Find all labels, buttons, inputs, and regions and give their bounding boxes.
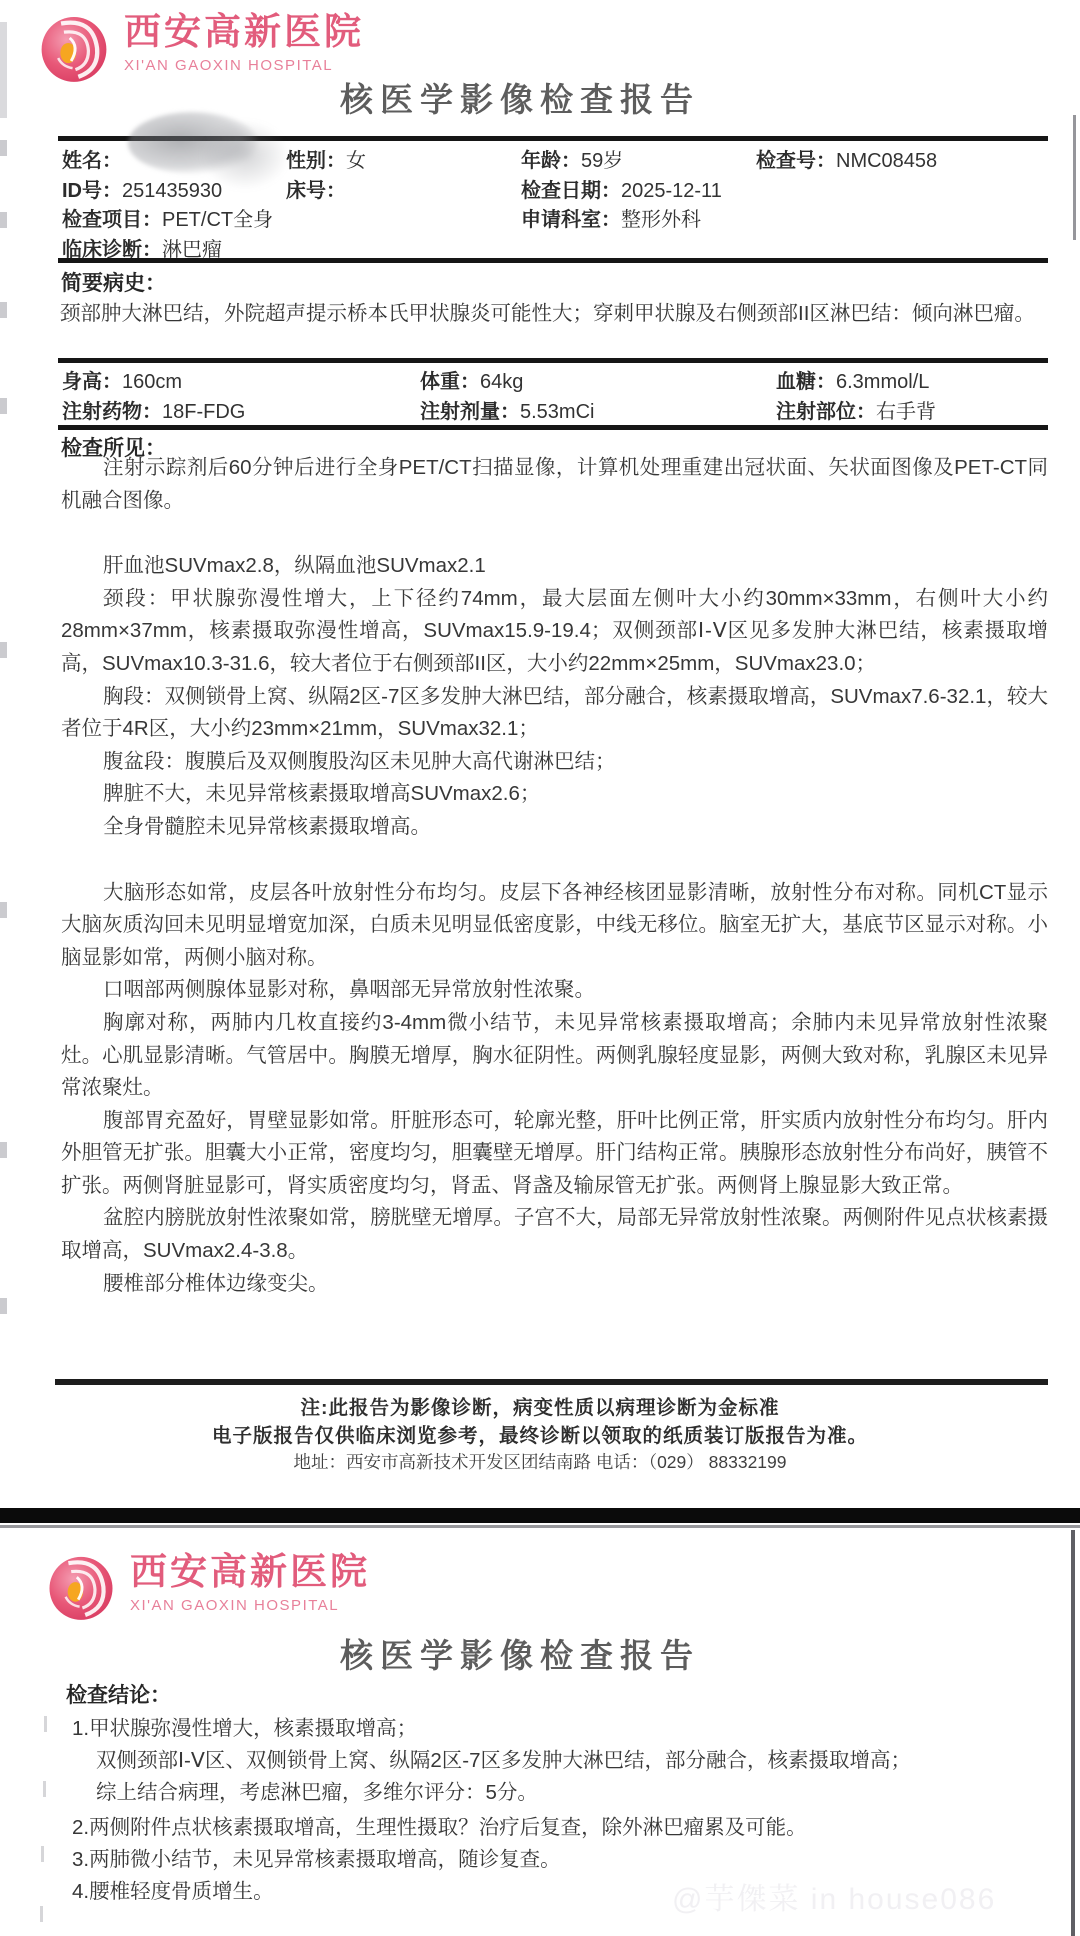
findings-paragraph: 口咽部两侧腺体显影对称，鼻咽部无异常放射性浓聚。 <box>61 974 1048 1007</box>
field-glucose-value: 6.3mmol/L <box>836 371 929 393</box>
hospital-name-zh: 西安高新医院 <box>130 1552 370 1593</box>
scan-tick <box>0 398 7 414</box>
scan-tick <box>41 1846 44 1862</box>
scan-tick <box>43 1781 46 1797</box>
hospital-logo-page2: 西安高新医院 XI'AN GAOXIN HOSPITAL <box>46 1552 370 1627</box>
findings-paragraph: 胸廓对称，两肺内几枚直接约3-4mm微小结节，未见异常核素摄取增高；余肺内未见异… <box>61 1007 1048 1105</box>
footer-note-1: 注:此报告为影像诊断，病变性质以病理诊断为金标准 <box>0 1392 1080 1420</box>
findings-paragraph: 腹盆段：腹膜后及双侧腹股沟区未见肿大高代谢淋巴结； <box>61 746 1048 779</box>
conclusion-line: 1.甲状腺弥漫性增大，核素摄取增高； <box>72 1711 1032 1741</box>
field-age-label: 年龄： <box>521 150 581 172</box>
field-id-label: ID号： <box>62 180 122 202</box>
field-dept-value: 整形外科 <box>621 209 701 231</box>
field-id-value: 251435930 <box>122 180 222 202</box>
findings-paragraph: 大脑形态如常，皮层各叶放射性分布均匀。皮层下各神经核团显影清晰，放射性分布对称。… <box>61 877 1048 975</box>
scan-right-line <box>1073 115 1076 240</box>
scan-tick <box>0 902 7 918</box>
field-drug-label: 注射药物： <box>62 401 162 423</box>
scan-tick <box>0 642 7 658</box>
hospital-name-block: 西安高新医院 XI'AN GAOXIN HOSPITAL <box>130 1552 370 1614</box>
conclusion-line: 双侧颈部Ⅰ-Ⅴ区、双侧锁骨上窝、纵隔2区-7区多发肿大淋巴结，部分融合，核素摄取… <box>96 1743 1056 1773</box>
hospital-name-block: 西安高新医院 XI'AN GAOXIN HOSPITAL <box>124 12 364 74</box>
field-dept-label: 申请科室： <box>521 209 621 231</box>
field-exam-item-value: PET/CT全身 <box>162 209 273 231</box>
field-dept: 申请科室：整形外科 <box>521 203 701 232</box>
field-height: 身高：160cm <box>62 365 182 394</box>
field-site-label: 注射部位： <box>776 401 876 423</box>
field-glucose: 血糖：6.3mmol/L <box>776 365 929 394</box>
field-exam-date: 检查日期：2025-12-11 <box>521 174 722 203</box>
field-exam-no-label: 检查号： <box>756 150 836 172</box>
scan-tick <box>44 1716 47 1732</box>
field-dose-value: 5.53mCi <box>520 401 594 423</box>
page-separator-band <box>0 1508 1080 1523</box>
hospital-logo-icon <box>46 1552 116 1627</box>
field-dose: 注射剂量：5.53mCi <box>420 395 594 424</box>
findings-paragraph: 颈段：甲状腺弥漫性增大，上下径约74mm，最大层面左侧叶大小约30mm×33mm… <box>61 583 1048 681</box>
findings-paragraph: 注射示踪剂后60分钟后进行全身PET/CT扫描显像，计算机处理重建出冠状面、矢状… <box>61 452 1048 517</box>
field-exam-item: 检查项目：PET/CT全身 <box>62 203 273 232</box>
history-heading: 简要病史： <box>61 267 166 297</box>
history-text: 颈部肿大淋巴结，外院超声提示桥本氏甲状腺炎可能性大；穿刺甲状腺及右侧颈部II区淋… <box>60 297 1048 330</box>
field-sex: 性别：女 <box>286 144 366 173</box>
social-watermark: @芋傑菜 in house086 <box>672 1874 1080 1918</box>
findings-paragraph: 腹部胃充盈好，胃壁显影如常。肝脏形态可，轮廓光整，肝叶比例正常，肝实质内放射性分… <box>61 1105 1048 1203</box>
field-age: 年龄：59岁 <box>521 144 623 173</box>
field-site-value: 右手背 <box>876 401 936 423</box>
scan-tick <box>0 140 7 156</box>
field-bed: 床号： <box>286 174 346 203</box>
field-site: 注射部位：右手背 <box>776 395 936 424</box>
rule-after-vitals <box>58 425 1048 430</box>
field-bed-label: 床号： <box>286 180 346 202</box>
findings-paragraph: 胸段：双侧锁骨上窝、纵隔2区-7区多发肿大淋巴结，部分融合，核素摄取增高，SUV… <box>61 681 1048 746</box>
field-height-value: 160cm <box>122 371 182 393</box>
hospital-name-en: XI'AN GAOXIN HOSPITAL <box>124 57 364 74</box>
field-dose-label: 注射剂量： <box>420 401 520 423</box>
conclusion-line: 综上结合病理，考虑淋巴瘤，多维尔评分：5分。 <box>96 1775 1056 1805</box>
findings-body: 注射示踪剂后60分钟后进行全身PET/CT扫描显像，计算机处理重建出冠状面、矢状… <box>61 452 1048 1300</box>
field-exam-date-label: 检查日期： <box>521 180 621 202</box>
field-weight: 体重：64kg <box>420 365 523 394</box>
findings-paragraph: 盆腔内膀胱放射性浓聚如常，膀胱壁无增厚。子宫不大，局部无异常放射性浓聚。两侧附件… <box>61 1202 1048 1267</box>
rule-after-info <box>58 258 1048 263</box>
field-sex-label: 性别： <box>286 150 346 172</box>
rule-after-history <box>58 358 1048 363</box>
findings-paragraph: 脾脏不大，未见异常核素摄取增高SUVmax2.6； <box>61 778 1048 811</box>
field-name-label: 姓名： <box>62 150 122 172</box>
field-exam-date-value: 2025-12-11 <box>621 180 722 202</box>
scan-tick <box>0 1142 7 1158</box>
footer-address: 地址：西安市高新技术开发区团结南路 电话：（029） 88332199 <box>0 1449 1080 1474</box>
field-height-label: 身高： <box>62 371 122 393</box>
conclusion-line: 3.两肺微小结节，未见异常核素摄取增高，随诊复查。 <box>72 1842 1032 1872</box>
field-exam-item-label: 检查项目： <box>62 209 162 231</box>
scan-tick <box>0 302 7 318</box>
findings-paragraph: 全身骨髓腔未见异常核素摄取增高。 <box>61 811 1048 844</box>
field-glucose-label: 血糖： <box>776 371 836 393</box>
hospital-name-zh: 西安高新医院 <box>124 12 364 53</box>
field-weight-value: 64kg <box>480 371 523 393</box>
rule-footer <box>55 1379 1048 1385</box>
footer-note-2: 电子版报告仅供临床浏览参考，最终诊断以领取的纸质装订版报告为准。 <box>0 1420 1080 1448</box>
field-sex-value: 女 <box>346 150 366 172</box>
field-weight-label: 体重： <box>420 371 480 393</box>
scan-tick <box>0 212 7 228</box>
page-separator-line <box>0 1525 1080 1528</box>
field-drug: 注射药物：18F-FDG <box>62 395 245 424</box>
findings-paragraph: 肝血池SUVmax2.8，纵隔血池SUVmax2.1 <box>61 550 1048 583</box>
field-id: ID号：251435930 <box>62 174 222 203</box>
findings-paragraph: 腰椎部分椎体边缘变尖。 <box>61 1268 1048 1301</box>
report-title-page1: 核医学影像检查报告 <box>0 74 1040 121</box>
scan-tick <box>0 1298 7 1314</box>
field-age-value: 59岁 <box>581 150 623 172</box>
scan-tick <box>40 1906 43 1922</box>
field-exam-no-value: NMC08458 <box>836 150 937 172</box>
report-title-page2: 核医学影像检查报告 <box>0 1630 1040 1677</box>
field-exam-no: 检查号：NMC08458 <box>756 144 937 173</box>
conclusion-line: 2.两侧附件点状核素摄取增高，生理性摄取？治疗后复查，除外淋巴瘤累及可能。 <box>72 1810 1032 1840</box>
field-drug-value: 18F-FDG <box>162 401 245 423</box>
conclusion-heading: 检查结论： <box>66 1679 171 1709</box>
hospital-name-en: XI'AN GAOXIN HOSPITAL <box>130 1597 370 1614</box>
field-name: 姓名： <box>62 144 122 173</box>
